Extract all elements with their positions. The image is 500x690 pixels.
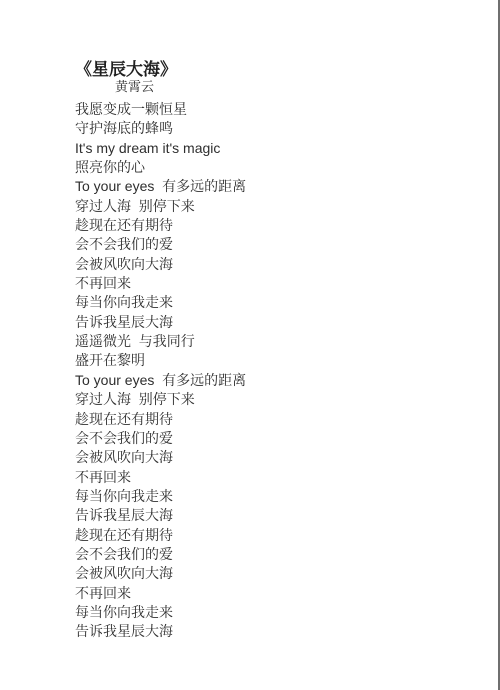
lyric-line: 会被风吹向大海: [75, 448, 475, 467]
lyric-line: 盛开在黎明: [75, 351, 475, 370]
lyric-line: 每当你向我走来: [75, 603, 475, 622]
lyric-line: 告诉我星辰大海: [75, 506, 475, 525]
lyric-line: 照亮你的心: [75, 158, 475, 177]
lyric-line: 每当你向我走来: [75, 487, 475, 506]
lyric-line: 守护海底的蜂鸣: [75, 119, 475, 138]
lyric-line: To your eyes 有多远的距离: [75, 177, 475, 196]
song-title: 《星辰大海》: [75, 59, 177, 80]
lyric-line: 不再回来: [75, 584, 475, 603]
lyric-line: 趁现在还有期待: [75, 526, 475, 545]
lyric-line: 穿过人海 别停下来: [75, 390, 475, 409]
song-artist: 黄霄云: [115, 79, 154, 95]
lyric-line: 不再回来: [75, 468, 475, 487]
lyric-line: 会不会我们的爱: [75, 235, 475, 254]
lyric-line: 会被风吹向大海: [75, 564, 475, 583]
lyric-line: 每当你向我走来: [75, 293, 475, 312]
lyric-line: 会不会我们的爱: [75, 429, 475, 448]
lyric-line: 告诉我星辰大海: [75, 622, 475, 641]
lyric-line: 趁现在还有期待: [75, 410, 475, 429]
lyric-line: 趁现在还有期待: [75, 216, 475, 235]
lyric-line: To your eyes 有多远的距离: [75, 371, 475, 390]
lyric-line: 遥遥微光 与我同行: [75, 332, 475, 351]
lyric-line: 告诉我星辰大海: [75, 313, 475, 332]
lyric-line: 穿过人海 别停下来: [75, 197, 475, 216]
lyric-line: 会不会我们的爱: [75, 545, 475, 564]
lyric-line: 不再回来: [75, 274, 475, 293]
lyrics-body: 我愿变成一颗恒星守护海底的蜂鸣It's my dream it's magic照…: [75, 100, 475, 642]
lyric-line: It's my dream it's magic: [75, 139, 475, 158]
lyrics-page: 《星辰大海》 黄霄云 我愿变成一颗恒星守护海底的蜂鸣It's my dream …: [0, 0, 500, 690]
lyric-line: 我愿变成一颗恒星: [75, 100, 475, 119]
lyric-line: 会被风吹向大海: [75, 255, 475, 274]
